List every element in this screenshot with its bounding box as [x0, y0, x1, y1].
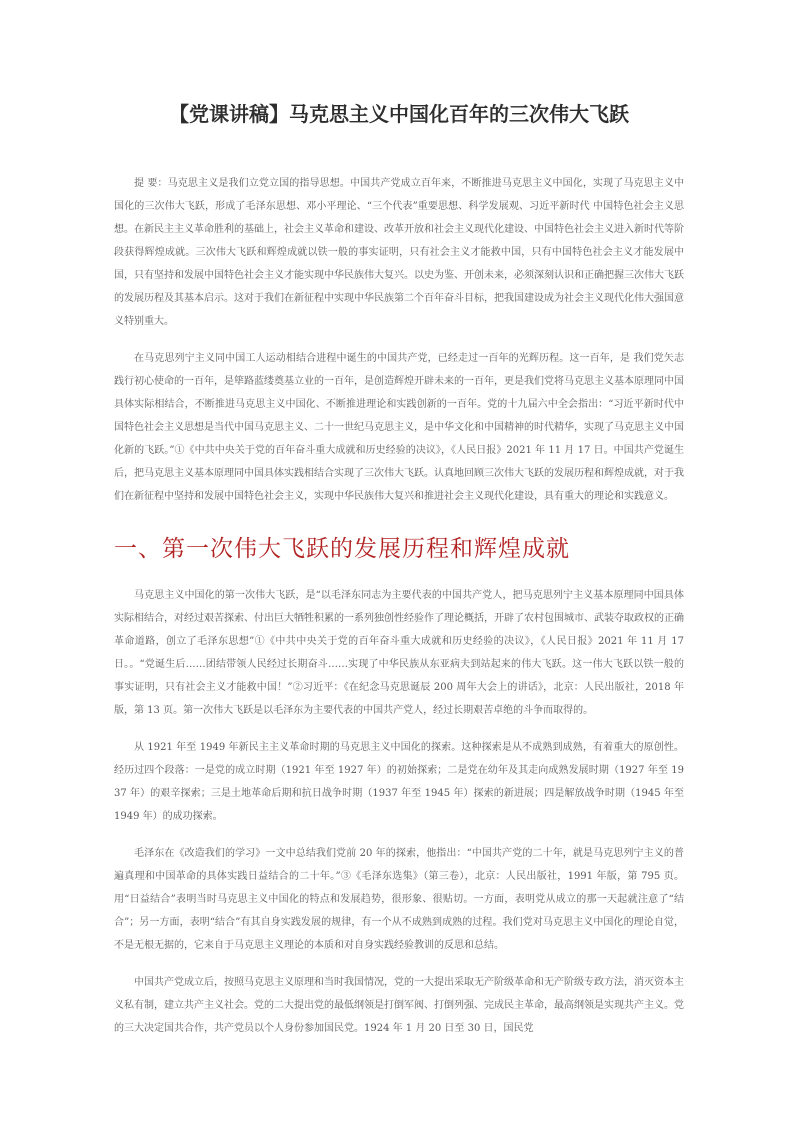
- document-page: 【党课讲稿】马克思主义中国化百年的三次伟大飞跃 提 要：马克思主义是我们立党立国…: [0, 0, 794, 1122]
- body-paragraph-3: 毛泽东在《改造我们的学习》一文中总结我们党前 20 年的探索，他指出：“中国共产…: [114, 842, 684, 957]
- abstract-paragraph: 提 要：马克思主义是我们立党立国的指导思想。中国共产党成立百年来，不断推进马克思…: [114, 172, 684, 333]
- section-heading-1: 一、第一次伟大飞跃的发展历程和辉煌成就: [114, 534, 684, 564]
- intro-paragraph: 在马克思列宁主义同中国工人运动相结合进程中诞生的中国共产党，已经走过一百年的光辉…: [114, 347, 684, 508]
- body-paragraph-4: 中国共产党成立后，按照马克思主义原理和当时我国情况，党的一大提出采取无产阶级革命…: [114, 971, 684, 1040]
- body-paragraph-1: 马克思主义中国化的第一次伟大飞跃，是“以毛泽东同志为主要代表的中国共产党人，把马…: [114, 584, 684, 722]
- document-title: 【党课讲稿】马克思主义中国化百年的三次伟大飞跃: [114, 100, 684, 128]
- body-paragraph-2: 从 1921 年至 1949 年新民主主义革命时期的马克思主义中国化的探索。这种…: [114, 736, 684, 828]
